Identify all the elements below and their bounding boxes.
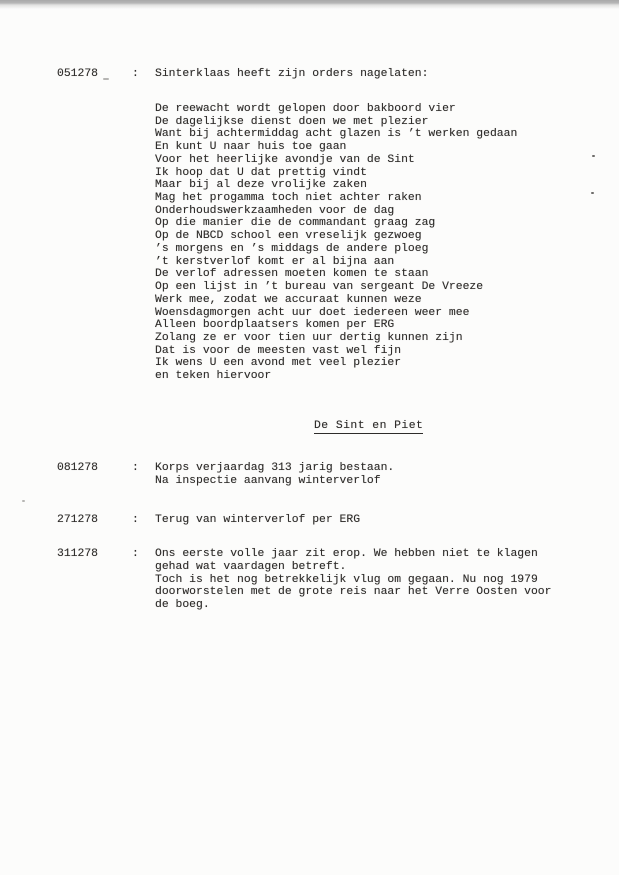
entry-date: 051278 (57, 68, 98, 80)
entry-text: Sinterklaas heeft zijn orders nagelaten: (155, 68, 428, 81)
entry-date: 311278 (57, 548, 98, 560)
document-page: 051278 : Sinterklaas heeft zijn orders n… (0, 0, 619, 875)
entry-text: Terug van winterverlof per ERG (155, 514, 360, 527)
entry-date: 081278 (57, 462, 98, 474)
entry-separator: : (132, 462, 139, 474)
entry-separator: : (132, 68, 139, 80)
poem-text: De reewacht wordt gelopen door bakboord … (155, 103, 517, 383)
scan-speck (592, 155, 595, 157)
entry-text: Ons eerste volle jaar zit erop. We hebbe… (155, 548, 551, 612)
scan-speck (591, 192, 594, 194)
scan-speck (103, 78, 109, 80)
entry-text: Korps verjaardag 313 jarig bestaan. Na i… (155, 462, 394, 488)
scan-speck (22, 500, 25, 502)
entry-date: 271278 (57, 514, 98, 526)
signature-line: De Sint en Piet (314, 420, 423, 434)
scan-edge-artifact (0, 0, 619, 9)
entry-separator: : (132, 514, 139, 526)
entry-separator: : (132, 548, 139, 560)
